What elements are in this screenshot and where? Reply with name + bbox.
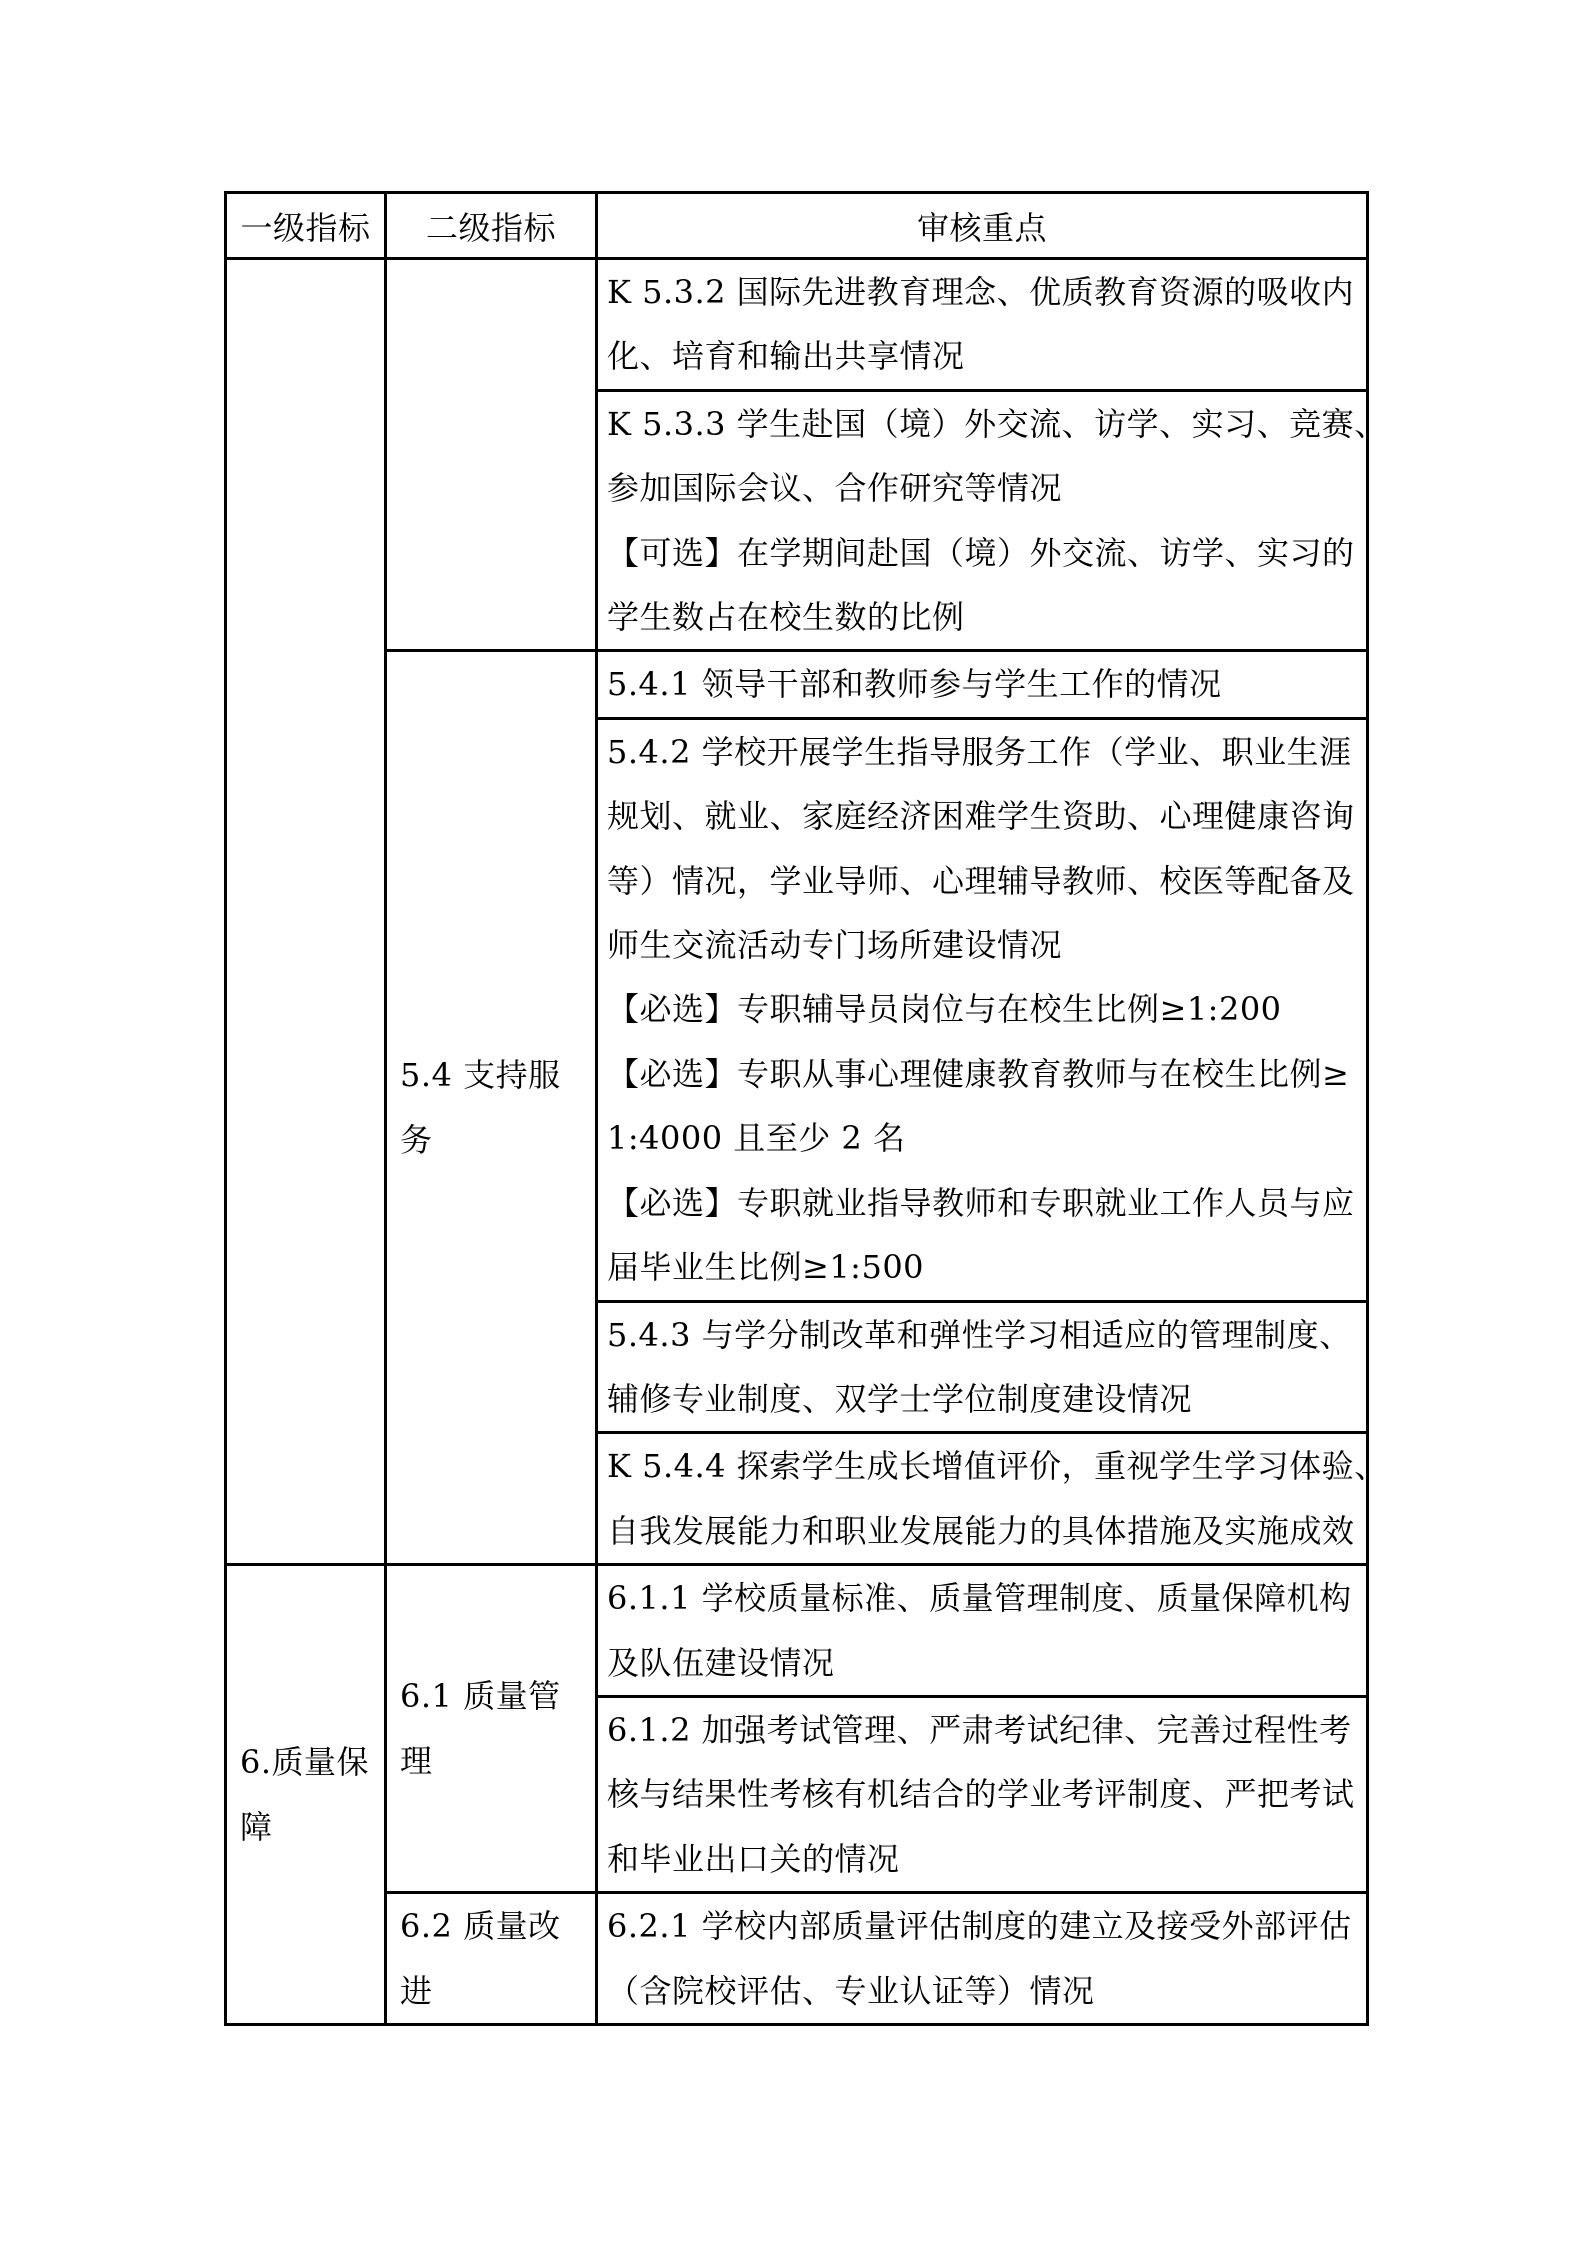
focus-line: 【必选】专职就业指导教师和专职就业工作人员与应 [607, 1171, 1357, 1235]
focus-point-cell: K 5.3.3 学生赴国（境）外交流、访学、实习、竞赛、参加国际会议、合作研究等… [597, 390, 1368, 651]
level2-line: 6.2 质量改 [400, 1894, 582, 1958]
level2-indicator-cell: 6.1 质量管理 [386, 1565, 597, 1893]
focus-point-cell: K 5.4.4 探索学生成长增值评价，重视学生学习体验、自我发展能力和职业发展能… [597, 1433, 1368, 1565]
focus-point-cell: 5.4.1 领导干部和教师参与学生工作的情况 [597, 651, 1368, 718]
focus-line: 6.2.1 学校内部质量评估制度的建立及接受外部评估 [607, 1894, 1357, 1958]
header-level2-indicator: 二级指标 [386, 193, 597, 259]
level2-line: 理 [400, 1729, 582, 1793]
focus-point-cell: 5.4.3 与学分制改革和弹性学习相适应的管理制度、辅修专业制度、双学士学位制度… [597, 1301, 1368, 1433]
level1-indicator-cell: 6.质量保障 [226, 1565, 386, 2025]
focus-line: 1:4000 且至少 2 名 [607, 1106, 1357, 1170]
focus-line: K 5.3.3 学生赴国（境）外交流、访学、实习、竞赛、 [607, 392, 1357, 456]
focus-line: 6.1.2 加强考试管理、严肃考试纪律、完善过程性考 [607, 1698, 1357, 1762]
focus-point-cell: 6.1.1 学校质量标准、质量管理制度、质量保障机构及队伍建设情况 [597, 1565, 1368, 1697]
focus-line: 自我发展能力和职业发展能力的具体措施及实施成效 [607, 1499, 1357, 1563]
focus-line: 及队伍建设情况 [607, 1631, 1357, 1695]
level1-line: 6.质量保 [240, 1730, 371, 1794]
table-body: K 5.3.2 国际先进教育理念、优质教育资源的吸收内化、培育和输出共享情况K … [226, 259, 1368, 2025]
header-level1-indicator: 一级指标 [226, 193, 386, 259]
focus-line: 【必选】专职辅导员岗位与在校生比例≥1:200 [607, 977, 1357, 1041]
level2-line: 进 [400, 1959, 582, 2023]
focus-line: 【可选】在学期间赴国（境）外交流、访学、实习的 [607, 521, 1357, 585]
document-page: 一级指标 二级指标 审核重点 K 5.3.2 国际先进教育理念、优质教育资源的吸… [0, 0, 1587, 2245]
header-row: 一级指标 二级指标 审核重点 [226, 193, 1368, 259]
focus-line: 师生交流活动专门场所建设情况 [607, 913, 1357, 977]
focus-line: 和毕业出口关的情况 [607, 1827, 1357, 1891]
level2-indicator-cell: 5.4 支持服务 [386, 651, 597, 1565]
focus-line: 等）情况，学业导师、心理辅导教师、校医等配备及 [607, 849, 1357, 913]
focus-point-cell: 5.4.2 学校开展学生指导服务工作（学业、职业生涯规划、就业、家庭经济困难学生… [597, 718, 1368, 1301]
level2-line: 5.4 支持服 [400, 1043, 582, 1107]
indicator-table: 一级指标 二级指标 审核重点 K 5.3.2 国际先进教育理念、优质教育资源的吸… [224, 191, 1369, 2026]
focus-line: 【必选】专职从事心理健康教育教师与在校生比例≥ [607, 1042, 1357, 1106]
level1-indicator-cell [226, 259, 386, 1565]
level2-line: 务 [400, 1108, 582, 1172]
focus-line: 5.4.3 与学分制改革和弹性学习相适应的管理制度、 [607, 1303, 1357, 1367]
focus-line: 参加国际会议、合作研究等情况 [607, 456, 1357, 520]
level2-indicator-cell: 6.2 质量改进 [386, 1893, 597, 2025]
focus-line: 5.4.2 学校开展学生指导服务工作（学业、职业生涯 [607, 720, 1357, 784]
level2-line: 6.1 质量管 [400, 1664, 582, 1728]
focus-point-cell: K 5.3.2 国际先进教育理念、优质教育资源的吸收内化、培育和输出共享情况 [597, 259, 1368, 391]
focus-line: （含院校评估、专业认证等）情况 [607, 1959, 1357, 2023]
table-row: 6.2 质量改进6.2.1 学校内部质量评估制度的建立及接受外部评估（含院校评估… [226, 1893, 1368, 2025]
focus-point-cell: 6.2.1 学校内部质量评估制度的建立及接受外部评估（含院校评估、专业认证等）情… [597, 1893, 1368, 2025]
table-row: K 5.3.2 国际先进教育理念、优质教育资源的吸收内化、培育和输出共享情况 [226, 259, 1368, 391]
focus-line: 6.1.1 学校质量标准、质量管理制度、质量保障机构 [607, 1566, 1357, 1630]
header-review-focus: 审核重点 [597, 193, 1368, 259]
focus-line: 核与结果性考核有机结合的学业考评制度、严把考试 [607, 1762, 1357, 1826]
focus-line: 5.4.1 领导干部和教师参与学生工作的情况 [607, 652, 1357, 716]
level1-line: 障 [240, 1795, 371, 1859]
focus-line: 届毕业生比例≥1:500 [607, 1235, 1357, 1299]
focus-line: K 5.3.2 国际先进教育理念、优质教育资源的吸收内 [607, 260, 1357, 324]
focus-line: 辅修专业制度、双学士学位制度建设情况 [607, 1367, 1357, 1431]
focus-line: 学生数占在校生数的比例 [607, 585, 1357, 649]
table-row: 5.4 支持服务5.4.1 领导干部和教师参与学生工作的情况 [226, 651, 1368, 718]
level2-indicator-cell [386, 259, 597, 651]
focus-line: 规划、就业、家庭经济困难学生资助、心理健康咨询 [607, 784, 1357, 848]
focus-line: 化、培育和输出共享情况 [607, 324, 1357, 388]
focus-point-cell: 6.1.2 加强考试管理、严肃考试纪律、完善过程性考核与结果性考核有机结合的学业… [597, 1696, 1368, 1892]
focus-line: K 5.4.4 探索学生成长增值评价，重视学生学习体验、 [607, 1434, 1357, 1498]
table-row: 6.质量保障6.1 质量管理6.1.1 学校质量标准、质量管理制度、质量保障机构… [226, 1565, 1368, 1697]
